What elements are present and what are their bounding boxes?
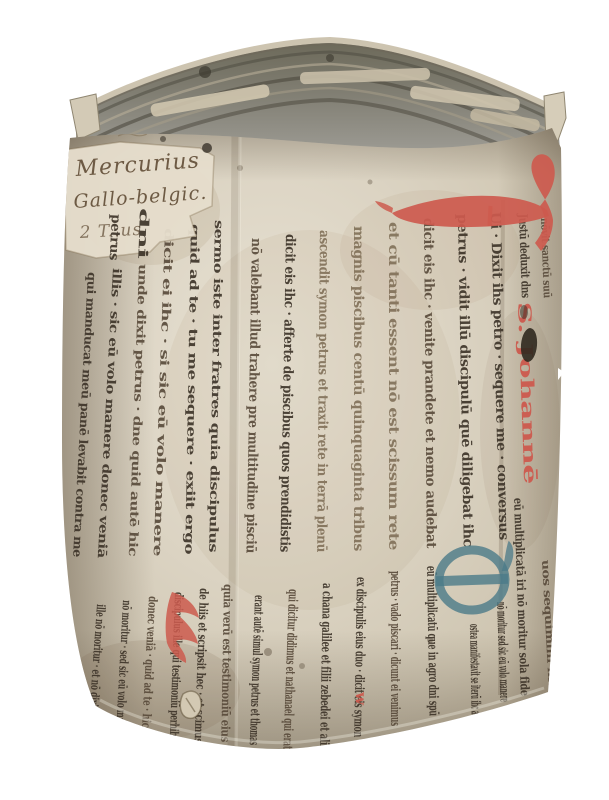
manuscript-column: dicit eis ihc · venite prandete et nemo … xyxy=(420,218,439,549)
manuscript-column: dni xyxy=(134,208,151,260)
page-soil-spot xyxy=(199,66,211,78)
manuscript-column: petrus xyxy=(106,214,123,261)
manuscript-column: et cū tanti essent nō est scissum rete xyxy=(385,222,401,550)
vellum-tie-remnant xyxy=(180,691,201,718)
book-photo: qui manducat meū panē levabit contra me … xyxy=(0,0,609,800)
manuscript-column: ex discipulis eius duo · dicit eis symon xyxy=(350,577,368,738)
manuscript-column: petrus · vado piscari · dicunt ei venimu… xyxy=(387,571,402,726)
screenshot-root: qui manducat meū panē levabit contra me … xyxy=(0,0,609,800)
manuscript-column: Justū deduxit dns xyxy=(516,213,533,299)
page-soil-spot xyxy=(326,54,334,62)
manuscript-column: quia verū est testimoniū eius xyxy=(218,584,235,743)
manuscript-column: a chana galilee et filii zebedei et alii xyxy=(316,583,334,749)
label-tear-hole xyxy=(160,136,166,142)
label-tear-hole xyxy=(202,143,212,153)
manuscript-column: magnis piscibus centū quinquaginta tribu… xyxy=(350,226,366,552)
red-rubric-glyph: w xyxy=(352,691,370,706)
manuscript-column: ascendit symon petrus et traxit rete in … xyxy=(313,230,332,553)
